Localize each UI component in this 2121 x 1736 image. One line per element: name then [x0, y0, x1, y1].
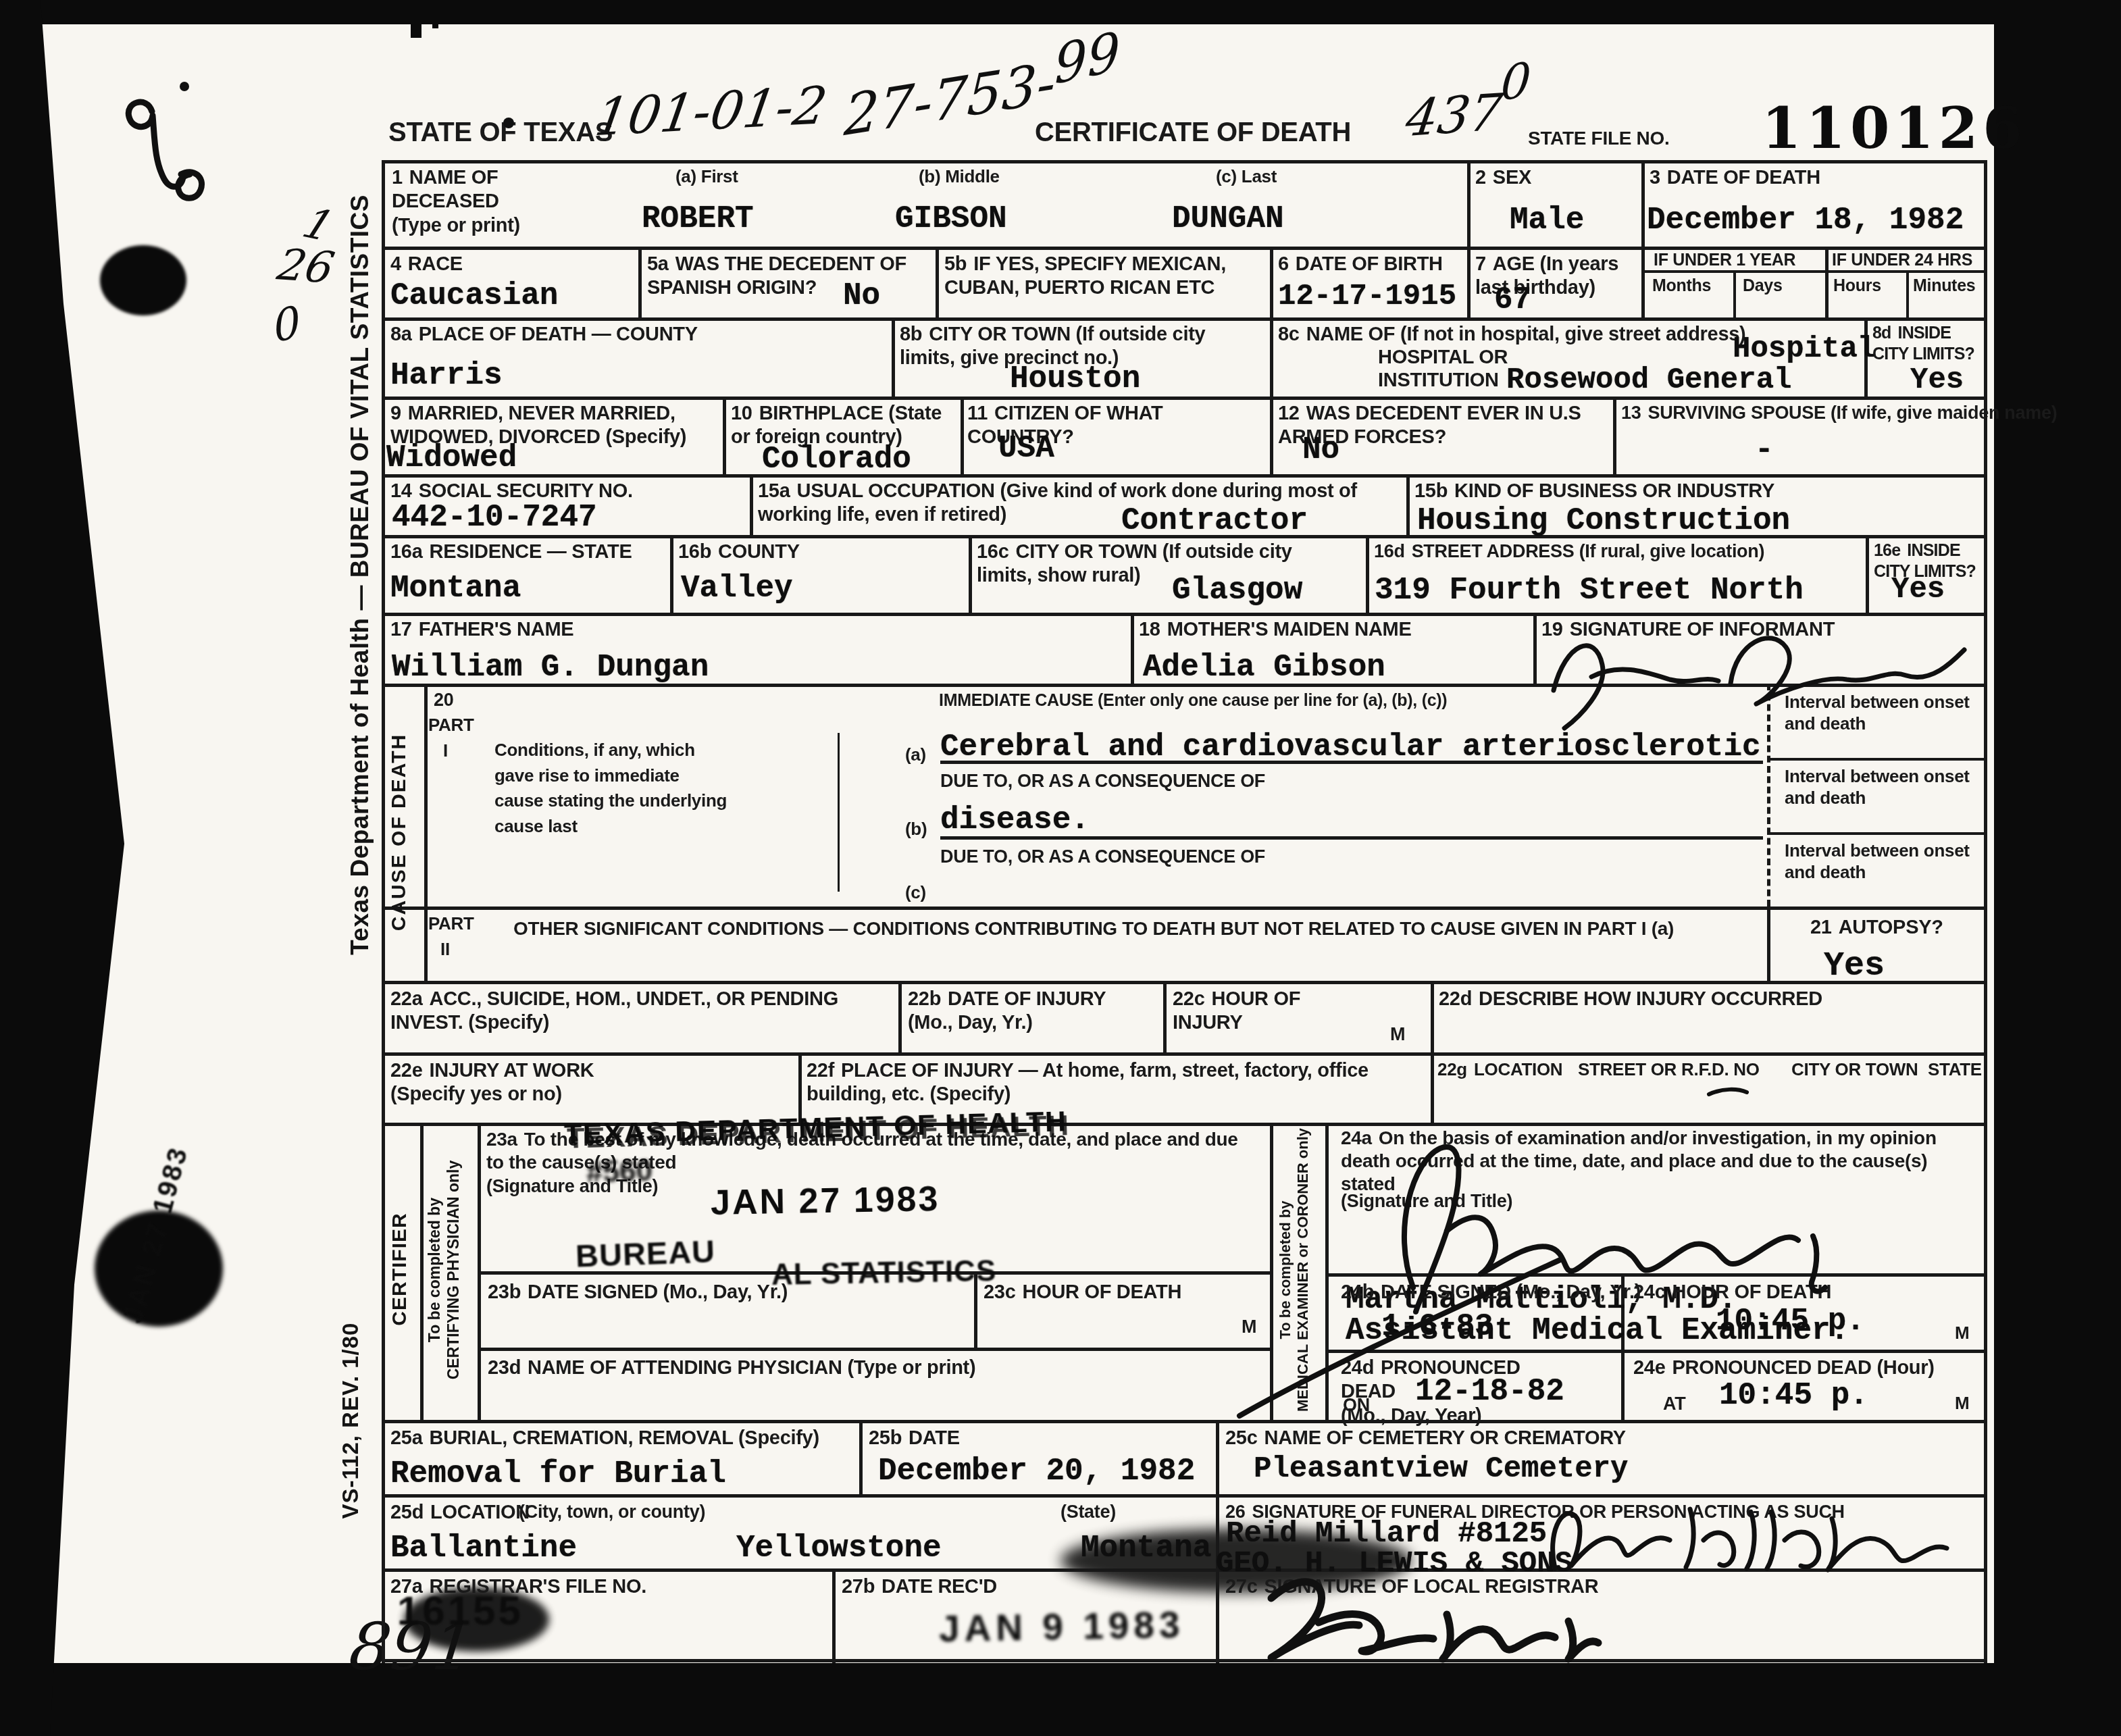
- form-line: [1767, 758, 1987, 761]
- injury-hour-meridiem: M: [1390, 1023, 1405, 1046]
- handwritten-code: 101-01-2: [591, 75, 831, 148]
- form-line: [478, 1348, 1273, 1351]
- inside-city-limits-16e-value: Yes: [1891, 573, 1945, 607]
- inside-city-limits-8d-label: 8dINSIDE CITY LIMITS?: [1872, 323, 1986, 364]
- field-name-label: 1NAME OF DECEASED(Type or print): [392, 166, 594, 238]
- location-city-value: Ballantine: [390, 1531, 577, 1566]
- form-line: [382, 1659, 1987, 1662]
- spanish-origin-value: No: [843, 278, 880, 313]
- last-name-sublabel: (c) Last: [1216, 166, 1277, 188]
- form-line: [1767, 907, 1770, 981]
- form-line: [420, 1123, 424, 1420]
- date-received-label: 27bDATE REC'D: [842, 1575, 997, 1599]
- residence-county-label: 16bCOUNTY: [678, 540, 800, 564]
- form-line: [1131, 613, 1134, 684]
- scan-border-top: [0, 0, 2121, 24]
- injury-date-label: 22bDATE OF INJURY(Mo., Day, Yr.): [908, 988, 1151, 1036]
- form-line: [961, 397, 964, 474]
- form-line: [1467, 247, 1471, 317]
- hour-of-death-24c-value: 10:45 p.: [1716, 1304, 1865, 1339]
- form-line: [936, 247, 939, 317]
- scan-streak: [432, 0, 438, 28]
- handwritten-dash: [1709, 1090, 1747, 1094]
- form-line: [1270, 1123, 1273, 1420]
- form-line: [1325, 1350, 1987, 1353]
- minutes-label: Minutes: [1913, 276, 1975, 297]
- form-line: [1270, 397, 1273, 474]
- disposition-date-value: December 20, 1982: [878, 1454, 1195, 1489]
- form-line: [1431, 981, 1434, 1052]
- handwritten-code: 27-753-: [842, 50, 1056, 149]
- part1-word: PART: [428, 715, 474, 736]
- form-line: [382, 474, 1987, 478]
- agency-vertical-label: Texas Department of Health — BUREAU OF V…: [346, 155, 374, 994]
- middle-name-value: GIBSON: [895, 201, 1007, 236]
- race-value: Caucasian: [390, 278, 558, 313]
- date-signed-24b-value: 1-6-83: [1381, 1309, 1493, 1344]
- birthplace-value: Colorado: [762, 442, 911, 477]
- injury-hour-label: 22cHOUR OFINJURY: [1173, 988, 1375, 1036]
- spanish-origin-label: 5aWAS THE DECEDENT OF SPANISH ORIGIN?: [647, 253, 931, 301]
- form-line: [1733, 270, 1736, 317]
- certificate-title: CERTIFICATE OF DEATH: [1035, 116, 1351, 149]
- form-line: [1641, 160, 1645, 247]
- injury-location-label: 22gLOCATION: [1437, 1059, 1562, 1081]
- hour-23c-meridiem: M: [1242, 1316, 1256, 1338]
- age-value: 67: [1494, 282, 1531, 317]
- form-line: [382, 160, 1987, 163]
- cemetery-value: Pleasantview Cemetery: [1254, 1452, 1629, 1486]
- armed-forces-value: No: [1302, 432, 1339, 467]
- autopsy-label: 21AUTOPSY?: [1810, 916, 1943, 940]
- hour-24e-meridiem: M: [1955, 1393, 1969, 1414]
- hour-24c-meridiem: M: [1955, 1323, 1969, 1344]
- immediate-cause-label: IMMEDIATE CAUSE (Enter only one cause pe…: [939, 690, 1447, 711]
- injury-street-label: STREET OR R.F.D. NO: [1578, 1059, 1760, 1081]
- location-state-value: Montana: [1081, 1531, 1211, 1566]
- form-line: [382, 1052, 1987, 1056]
- occupation-value: Contractor: [1121, 503, 1308, 538]
- conditions-note: Conditions, if any, which gave rise to i…: [494, 738, 727, 840]
- cause-of-death-vertical-label: CAUSE OF DEATH: [388, 686, 411, 978]
- scan-border-bottom: [0, 1663, 2121, 1736]
- days-label: Days: [1743, 276, 1783, 297]
- interval-label-2: Interval between onset and death: [1785, 766, 1981, 809]
- line-b-label: (b): [905, 819, 927, 840]
- form-line: [1767, 832, 1987, 835]
- place-of-death-county-label: 8aPLACE OF DEATH — COUNTY: [390, 323, 698, 347]
- scan-border-right: [1994, 0, 2121, 1736]
- injury-at-work-label: 22eINJURY AT WORK(Specify yes or no): [390, 1059, 674, 1107]
- scan-streak: [411, 0, 421, 38]
- part2-numeral: II: [440, 939, 450, 961]
- residence-county-value: Valley: [681, 571, 793, 606]
- pronounced-dead-date-value: 12-18-82: [1415, 1374, 1564, 1409]
- inside-city-limits-8d-value: Yes: [1910, 363, 1964, 397]
- form-line: [1270, 247, 1273, 317]
- interval-dashed-line: [1767, 684, 1770, 907]
- form-line: [382, 613, 1987, 616]
- place-of-injury-label: 22fPLACE OF INJURY — At home, farm, stre…: [807, 1059, 1401, 1107]
- form-line: [1825, 247, 1829, 317]
- sex-label: 2SEX: [1475, 166, 1531, 190]
- informant-signature-label: 19SIGNATURE OF INFORMANT: [1541, 618, 1835, 642]
- residence-state-value: Montana: [390, 571, 521, 606]
- handwritten-code-sup: 99: [1054, 21, 1120, 97]
- medical-examiner-strip-label: To be completed byMEDICAL EXAMINER or CO…: [1277, 1123, 1312, 1417]
- under-24-hrs-label: IF UNDER 24 HRS: [1832, 250, 1972, 271]
- form-line: [1325, 1123, 1329, 1420]
- form-line: [382, 317, 1987, 321]
- location-state-sublabel: (State): [1060, 1501, 1116, 1523]
- citizen-value: USA: [998, 431, 1054, 466]
- surviving-spouse-value: -: [1755, 432, 1774, 467]
- ink-blot: [100, 245, 186, 315]
- state-file-no-label: STATE FILE NO.: [1528, 127, 1669, 150]
- line-c-label: (c): [905, 882, 926, 904]
- location-county-value: Yellowstone: [736, 1531, 942, 1566]
- middle-name-sublabel: (b) Middle: [919, 166, 1000, 188]
- examiner-opinion-text: 24aOn the basis of examination and/or in…: [1341, 1127, 1972, 1196]
- handwritten-mark: 0: [272, 297, 303, 353]
- date-of-birth-label: 6DATE OF BIRTH: [1278, 253, 1443, 276]
- surviving-spouse-label: 13SURVIVING SPOUSE (If wife, give maiden…: [1621, 402, 2057, 424]
- form-line: [478, 1123, 481, 1420]
- form-line: [382, 1494, 1987, 1498]
- hour-of-death-23c-label: 23cHOUR OF DEATH: [983, 1281, 1181, 1304]
- local-registrar-signature-label: 27cSIGNATURE OF LOCAL REGISTRAR: [1225, 1575, 1598, 1599]
- hour-of-death-24c-label: 24cHOUR OF DEATH: [1633, 1281, 1831, 1304]
- last-name-value: DUNGAN: [1172, 201, 1284, 236]
- cause-number: 20: [434, 689, 453, 711]
- form-line: [382, 160, 385, 1663]
- cause-line-b-value: disease.: [940, 802, 1090, 838]
- mother-name-label: 18MOTHER'S MAIDEN NAME: [1139, 618, 1411, 642]
- disposition-date-label: 25bDATE: [869, 1427, 960, 1450]
- location-city-sublabel: (City, town, or county): [519, 1501, 705, 1523]
- form-line: [1325, 1273, 1987, 1277]
- residence-city-value: Glasgow: [1172, 573, 1302, 608]
- hours-label: Hours: [1833, 276, 1881, 297]
- part1-numeral: I: [443, 740, 448, 762]
- form-line: [670, 535, 673, 613]
- form-line: [750, 474, 753, 535]
- months-label: Months: [1652, 276, 1711, 297]
- form-line: [424, 684, 428, 981]
- line-a-label: (a): [905, 744, 926, 766]
- residence-state-label: 16aRESIDENCE — STATE: [390, 540, 632, 564]
- state-file-number: 110126: [1762, 95, 2027, 161]
- date-signed-24b-label: 24bDATE SIGNED (Mo., Day, Yr.): [1341, 1281, 1641, 1304]
- date-of-birth-value: 12-17-1915: [1278, 280, 1456, 313]
- street-address-value: 319 Fourth Street North: [1375, 573, 1804, 608]
- form-line: [1216, 1420, 1219, 1663]
- form-line: [892, 317, 895, 397]
- injury-city-label: CITY OR TOWN: [1791, 1059, 1918, 1081]
- cause-line-a-value: Cerebral and cardiovascular arterioscler…: [940, 730, 1761, 765]
- form-line: [382, 1420, 1987, 1423]
- handwritten-number-sup: 0: [1499, 51, 1533, 112]
- pronounced-hour-value: 10:45 p.: [1719, 1378, 1868, 1413]
- examiner-signature-sublabel: (Signature and Title): [1341, 1190, 1512, 1212]
- due-to-label-2: DUE TO, OR AS A CONSEQUENCE OF: [940, 846, 1265, 868]
- interval-label-1: Interval between onset and death: [1785, 692, 1981, 734]
- health-dept-stamp-date: JAN 27 1983: [711, 1179, 940, 1223]
- physician-strip-label: To be completed byCERTIFYING PHYSICIAN o…: [426, 1123, 463, 1417]
- certifier-vertical-label: CERTIFIER: [388, 1123, 411, 1416]
- form-line: [382, 907, 1987, 910]
- injury-manner-label: 22aACC., SUICIDE, HOM., UNDET., OR PENDI…: [390, 988, 863, 1036]
- form-line: [1270, 317, 1273, 397]
- mother-name-value: Adelia Gibson: [1143, 650, 1385, 685]
- hospital-value-2: Hospital: [1733, 332, 1875, 366]
- under-1-year-label: IF UNDER 1 YEAR: [1654, 250, 1795, 271]
- burial-removal-label: 25aBURIAL, CREMATION, REMOVAL (Specify): [390, 1427, 819, 1450]
- date-received-stamp-value: JAN 9 1983: [938, 1603, 1185, 1650]
- form-line: [1641, 270, 1987, 273]
- pronounced-on-label: ON: [1343, 1394, 1370, 1416]
- form-line: [1163, 981, 1167, 1052]
- ssn-value: 442-10-7247: [392, 500, 597, 535]
- form-line: [969, 535, 972, 613]
- first-name-sublabel: (a) First: [675, 166, 738, 188]
- form-line: [1984, 160, 1987, 1663]
- form-line: [382, 981, 1987, 984]
- hospital-label-3: INSTITUTION: [1378, 369, 1499, 392]
- form-line: [638, 247, 642, 317]
- hospital-label: 8cNAME OF (If not in hospital, give stre…: [1278, 323, 1745, 347]
- handwritten-number: 437: [1402, 83, 1506, 149]
- form-line: [1406, 474, 1410, 535]
- pronounced-hour-label: 24ePRONOUNCED DEAD (Hour): [1633, 1356, 1935, 1380]
- form-line: [898, 981, 902, 1052]
- health-dept-stamp-smear: #560: [586, 1154, 653, 1190]
- other-conditions-label: OTHER SIGNIFICANT CONDITIONS — CONDITION…: [513, 917, 1674, 940]
- form-line: [1366, 535, 1369, 613]
- form-line: [1866, 535, 1869, 613]
- form-line: [1431, 1052, 1434, 1123]
- form-line: [838, 733, 840, 892]
- date-of-death-label: 3DATE OF DEATH: [1650, 166, 1820, 190]
- attending-physician-label: 23dNAME OF ATTENDING PHYSICIAN (Type or …: [488, 1356, 975, 1380]
- autopsy-value: Yes: [1824, 947, 1885, 986]
- death-certificate-scan: Texas Department of Health — BUREAU OF V…: [0, 0, 2121, 1736]
- city-of-death-value: Houston: [1010, 361, 1140, 397]
- form-line: [1533, 613, 1537, 684]
- form-line: [1906, 270, 1909, 317]
- funeral-director-name-value: Reid Millard #8125: [1226, 1517, 1547, 1551]
- form-line: [382, 1568, 1987, 1572]
- pronounced-at-label: AT: [1663, 1393, 1685, 1415]
- form-line: [1641, 247, 1645, 317]
- spanish-specify-label: 5bIF YES, SPECIFY MEXICAN, CUBAN, PUERTO…: [944, 253, 1262, 301]
- date-of-death-value: December 18, 1982: [1647, 203, 1964, 238]
- form-code-vertical-label: VS-112, REV. 1/80: [338, 1279, 363, 1562]
- first-name-value: ROBERT: [642, 201, 754, 236]
- sex-value: Male: [1510, 203, 1584, 238]
- health-dept-stamp-line3b: AL STATISTICS: [771, 1254, 997, 1292]
- father-name-label: 17FATHER'S NAME: [390, 618, 573, 642]
- race-label: 4RACE: [390, 253, 463, 276]
- form-line: [723, 397, 726, 474]
- handwritten-mark: 26: [273, 240, 338, 294]
- disposition-location-label: 25dLOCATION: [390, 1501, 530, 1525]
- form-line: [832, 1568, 836, 1663]
- interval-label-3: Interval between onset and death: [1785, 840, 1981, 883]
- form-line: [1613, 397, 1616, 474]
- injury-state-label: STATE: [1928, 1059, 1982, 1081]
- industry-value: Housing Construction: [1417, 503, 1790, 538]
- form-line: [1467, 160, 1471, 247]
- due-to-label-1: DUE TO, OR AS A CONSEQUENCE OF: [940, 770, 1265, 792]
- marital-status-value: Widowed: [386, 440, 517, 476]
- part2-word: PART: [428, 913, 474, 935]
- state-label: STATE OF TEXAS: [388, 116, 613, 149]
- health-dept-stamp-line3a: BUREAU: [575, 1232, 716, 1274]
- registrar-file-no-value: 16155: [397, 1587, 523, 1634]
- burial-removal-value: Removal for Burial: [390, 1456, 726, 1491]
- place-of-death-county-value: Harris: [390, 358, 503, 393]
- hospital-value: Rosewood General: [1506, 363, 1791, 397]
- form-line: [859, 1420, 863, 1494]
- injury-describe-label: 22dDESCRIBE HOW INJURY OCCURRED: [1439, 988, 1822, 1011]
- cemetery-label: 25cNAME OF CEMETERY OR CREMATORY: [1225, 1427, 1626, 1450]
- date-signed-23b-label: 23bDATE SIGNED (Mo., Day, Yr.): [488, 1281, 788, 1304]
- hospital-label-2: HOSPITAL OR: [1378, 346, 1508, 369]
- street-address-label: 16dSTREET ADDRESS (If rural, give locati…: [1374, 540, 1764, 563]
- industry-label: 15bKIND OF BUSINESS OR INDUSTRY: [1414, 480, 1774, 503]
- father-name-value: William G. Dungan: [392, 650, 709, 685]
